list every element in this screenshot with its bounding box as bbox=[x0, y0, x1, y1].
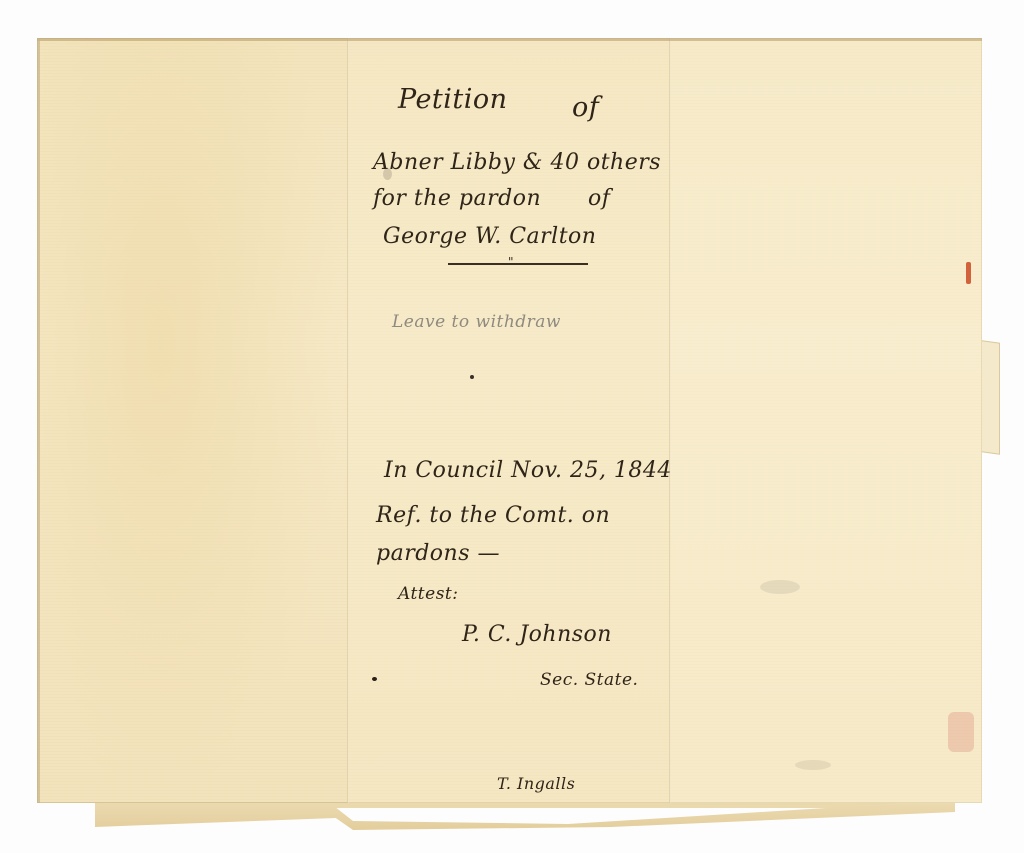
docket-of-1: of bbox=[572, 92, 599, 123]
docket-of-2: of bbox=[588, 186, 610, 211]
docket-purpose: for the pardon bbox=[373, 186, 541, 211]
docket-petition: Petition bbox=[398, 84, 508, 115]
red-stain-mark bbox=[948, 712, 974, 752]
left-edge bbox=[37, 38, 40, 803]
fold-line bbox=[347, 38, 349, 803]
endorsement-pardons: pardons — bbox=[376, 541, 500, 566]
endorsement-council-date: In Council Nov. 25, 1844 bbox=[384, 458, 672, 483]
stain bbox=[760, 580, 800, 594]
docket-rule bbox=[448, 263, 588, 265]
fold-line bbox=[669, 38, 671, 803]
ink-speck bbox=[470, 375, 474, 379]
docket-petitioners: Abner Libby & 40 others bbox=[373, 150, 661, 175]
endorsement-title: Sec. State. bbox=[540, 670, 638, 690]
right-panel bbox=[669, 38, 982, 803]
ink-speck bbox=[372, 677, 377, 681]
docket-rule-mark: " bbox=[508, 255, 514, 269]
endorsement-attest: Attest: bbox=[398, 584, 459, 604]
pencil-note: Leave to withdraw bbox=[392, 312, 561, 332]
ink-blot bbox=[383, 168, 392, 180]
footer-name: T. Ingalls bbox=[497, 774, 575, 793]
endorsement-signature: P. C. Johnson bbox=[462, 622, 612, 647]
docket-subject-name: George W. Carlton bbox=[383, 224, 596, 249]
endorsement-referral: Ref. to the Comt. on bbox=[376, 503, 610, 528]
red-wax-mark bbox=[966, 262, 971, 284]
left-panel bbox=[37, 38, 347, 803]
stain bbox=[795, 760, 831, 770]
top-edge bbox=[37, 38, 982, 41]
scanned-document: Petition of Abner Libby & 40 others for … bbox=[0, 0, 1024, 853]
